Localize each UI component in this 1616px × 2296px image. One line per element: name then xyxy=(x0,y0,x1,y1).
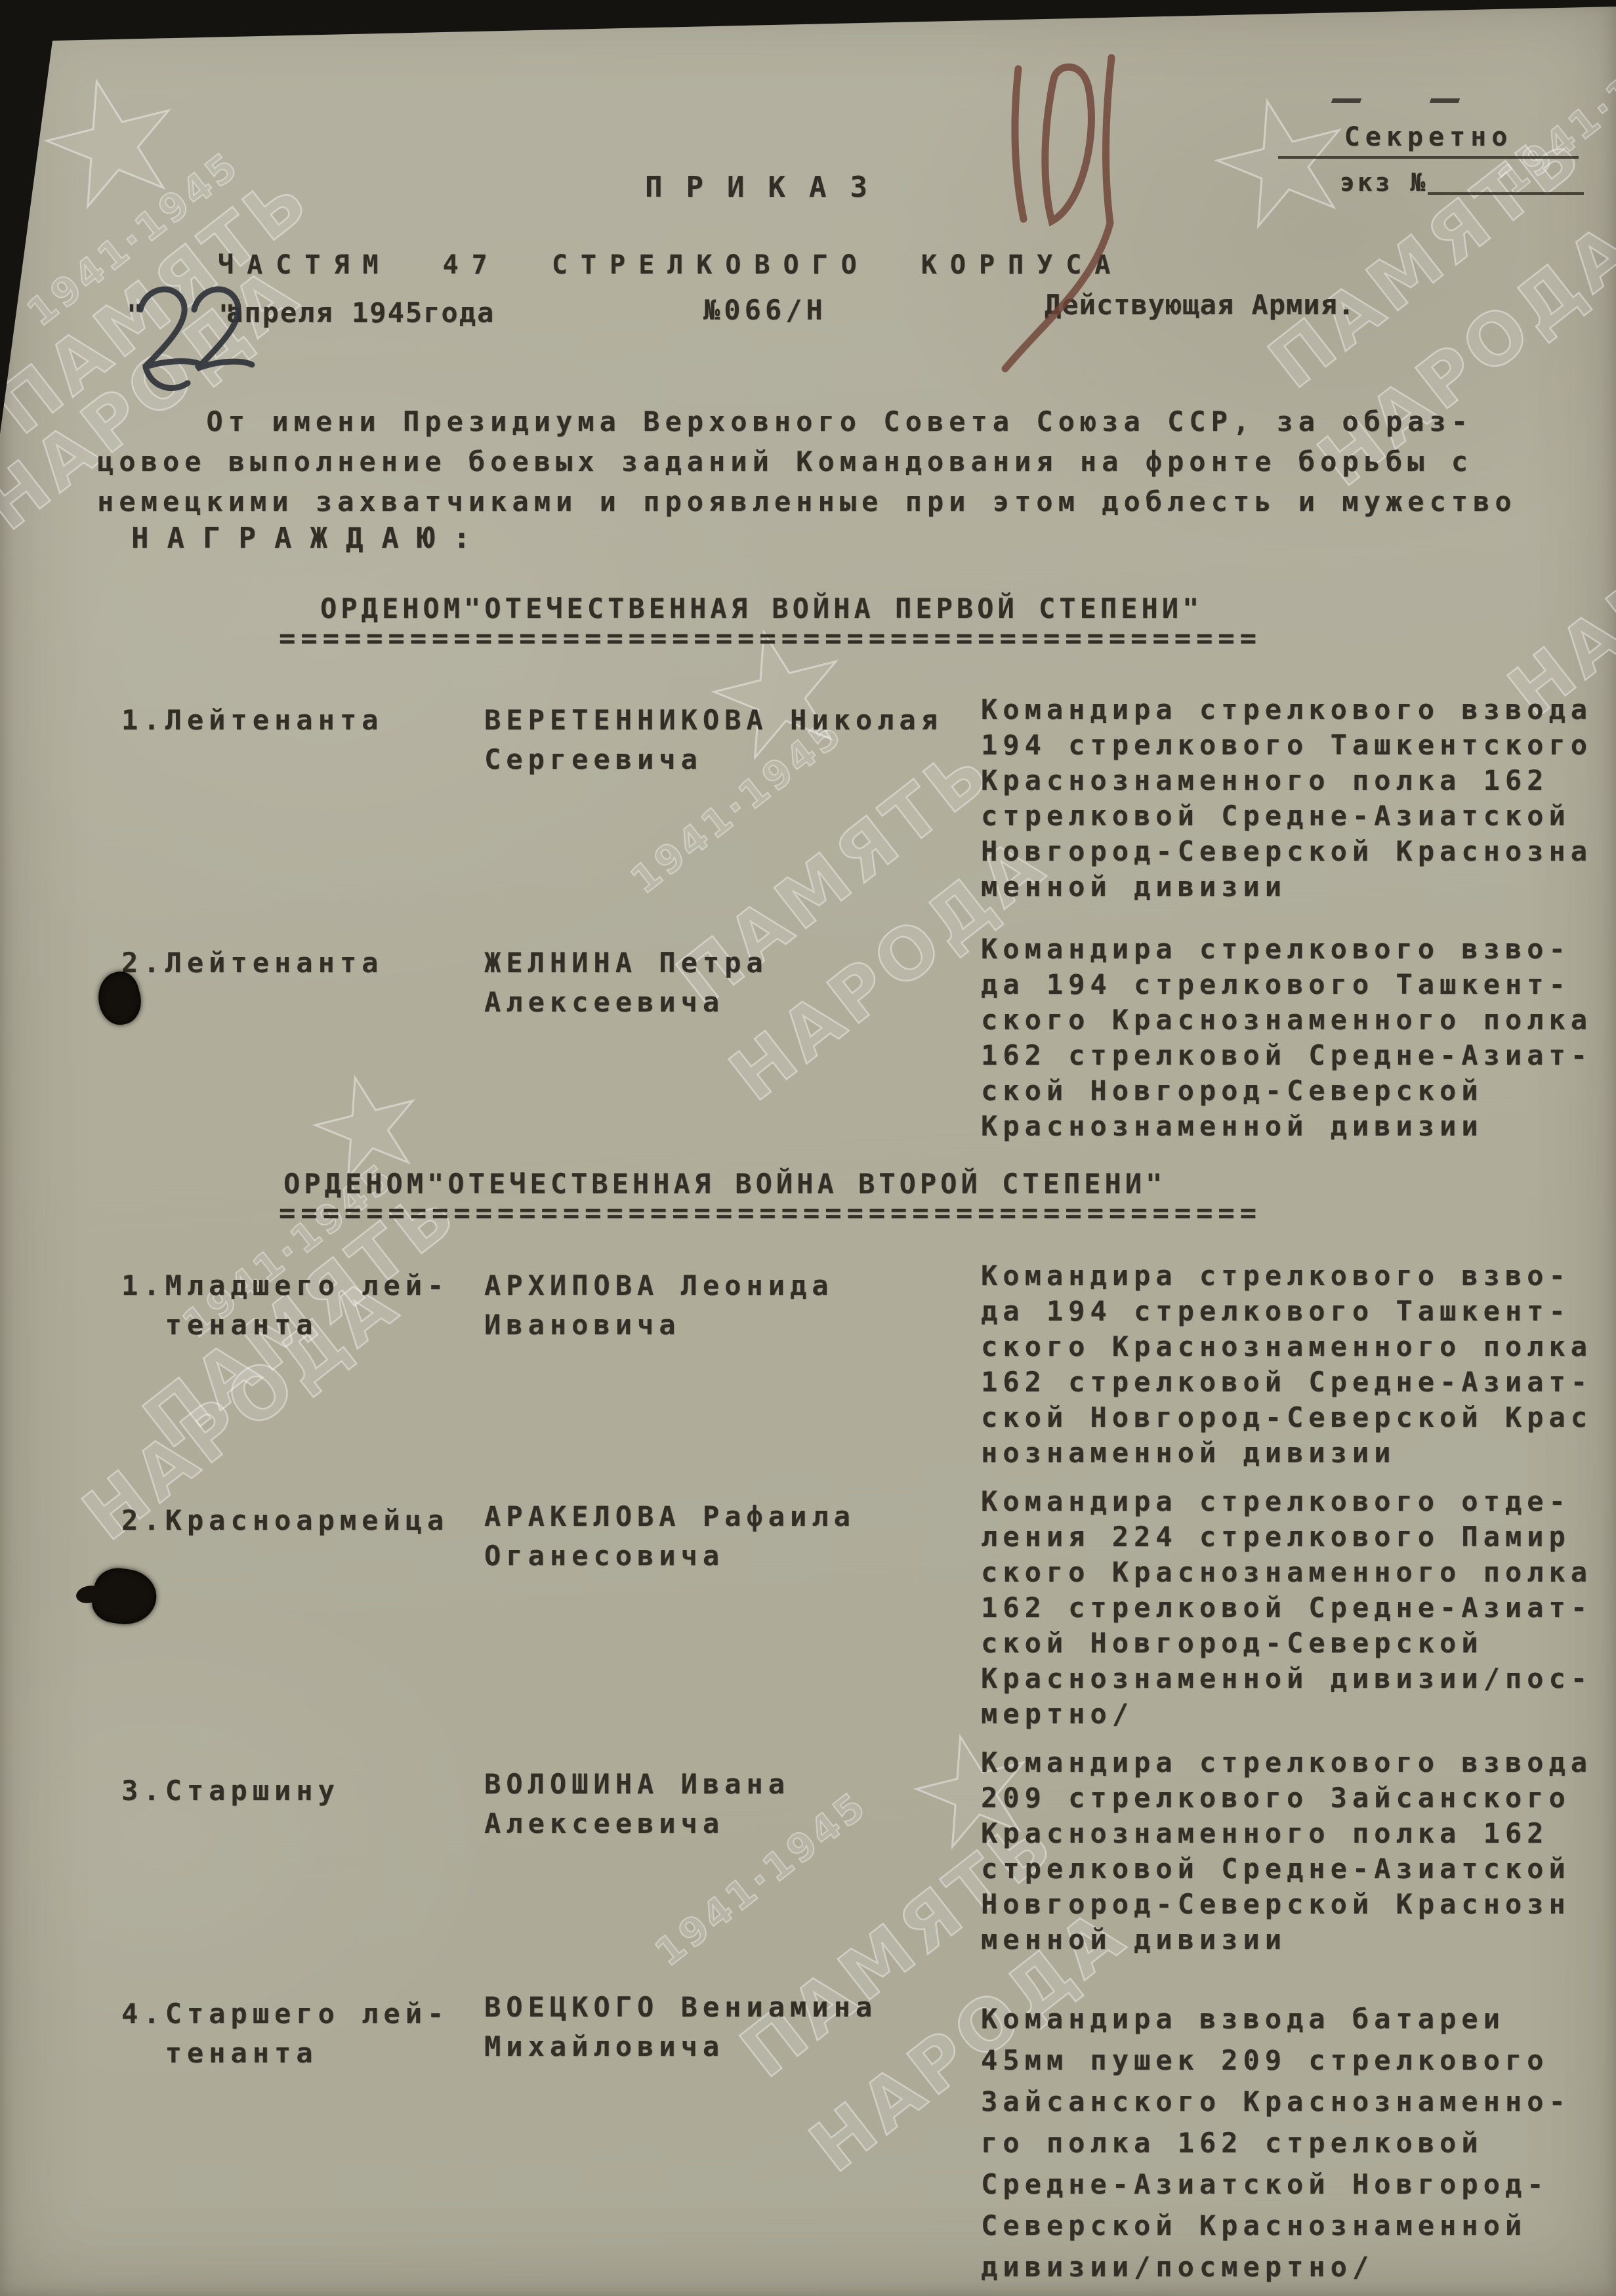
scanned-order-page: ★ 1941·1945 ПАМЯТЬ НАРОДА ★ 1941·1945 ПА… xyxy=(0,0,1616,2296)
entry-rank: 4.Старшего лей- тенанта xyxy=(121,1994,449,2073)
entry-rank: 2.Красноармейца xyxy=(121,1501,449,1540)
entry-rank: 1.Младшего лей- тенанта xyxy=(121,1266,449,1345)
punch-hole xyxy=(89,1565,160,1629)
order-number: №066/Н xyxy=(703,294,827,326)
entry-description: Командира стрелкового взвода 209 стрелко… xyxy=(981,1745,1592,1958)
section-1-header: ОРДЕНОМ"ОТЕЧЕСТВЕННАЯ ВОЙНА ПЕРВОЙ СТЕПЕ… xyxy=(320,592,1203,625)
entry-description: Командира стрелкового отде- ления 224 ст… xyxy=(981,1484,1592,1732)
copy-number-label: экз № xyxy=(1340,168,1584,197)
entry-name: ВЕРЕТЕННИКОВА Николая Сергеевича xyxy=(484,701,943,779)
entry-rank: 1.Лейтенанта xyxy=(121,701,383,740)
entry-name: ЖЕЛНИНА Петра Алексеевича xyxy=(484,943,768,1022)
paper-sheet: ★ 1941·1945 ПАМЯТЬ НАРОДА ★ 1941·1945 ПА… xyxy=(0,0,1616,2296)
entry-rank: 2.Лейтенанта xyxy=(121,943,383,983)
section-2-header: ОРДЕНОМ"ОТЕЧЕСТВЕННАЯ ВОЙНА ВТОРОЙ СТЕПЕ… xyxy=(283,1168,1166,1200)
open-quote: " xyxy=(127,298,143,331)
entry-name: ВОЕЦКОГО Вениамина Михайловича xyxy=(484,1988,877,2066)
entry-description: Командира стрелкового взво- да 194 стрел… xyxy=(981,932,1592,1144)
watermark-star-icon: ★ xyxy=(17,31,206,252)
date-text: апреля 1945года xyxy=(226,297,495,329)
army-label: Действующая Армия. xyxy=(1045,289,1355,321)
entry-description: Командира стрелкового взво- да 194 стрел… xyxy=(981,1258,1592,1471)
entry-name: ВОЛОШИНА Ивана Алексеевича xyxy=(484,1765,790,1843)
entry-description: Командира стрелкового взвода 194 стрелко… xyxy=(981,692,1592,905)
classification-label: Секретно xyxy=(1278,122,1579,159)
section-1-rule: ========================================… xyxy=(279,622,1262,654)
watermark-star-icon: ★ xyxy=(1188,51,1377,272)
copy-number-text: экз № xyxy=(1340,168,1428,197)
document-subtitle: ЧАСТЯМ 47 СТРЕЛКОВОГО КОРПУСА xyxy=(218,250,1123,280)
copy-number-blank-line xyxy=(1428,192,1584,195)
typewriter-dash-mark xyxy=(1331,98,1361,103)
entry-description: Командира взвода батареи 45мм пушек 209 … xyxy=(981,1998,1571,2287)
section-2-rule: ========================================… xyxy=(279,1197,1262,1229)
document-title: ПРИКАЗ xyxy=(645,171,891,204)
entry-name: АРХИПОВА Леонида Ивановича xyxy=(484,1266,834,1345)
entry-rank: 3.Старшину xyxy=(121,1771,340,1811)
intro-paragraph: От имени Президиума Верховного Совета Со… xyxy=(97,401,1517,522)
entry-name: АРАКЕЛОВА Рафаила Оганесовича xyxy=(484,1497,856,1576)
handwritten-page-number xyxy=(1005,58,1111,369)
award-word: НАГРАЖДАЮ: xyxy=(131,522,489,555)
typewriter-dash-mark xyxy=(1430,98,1460,103)
